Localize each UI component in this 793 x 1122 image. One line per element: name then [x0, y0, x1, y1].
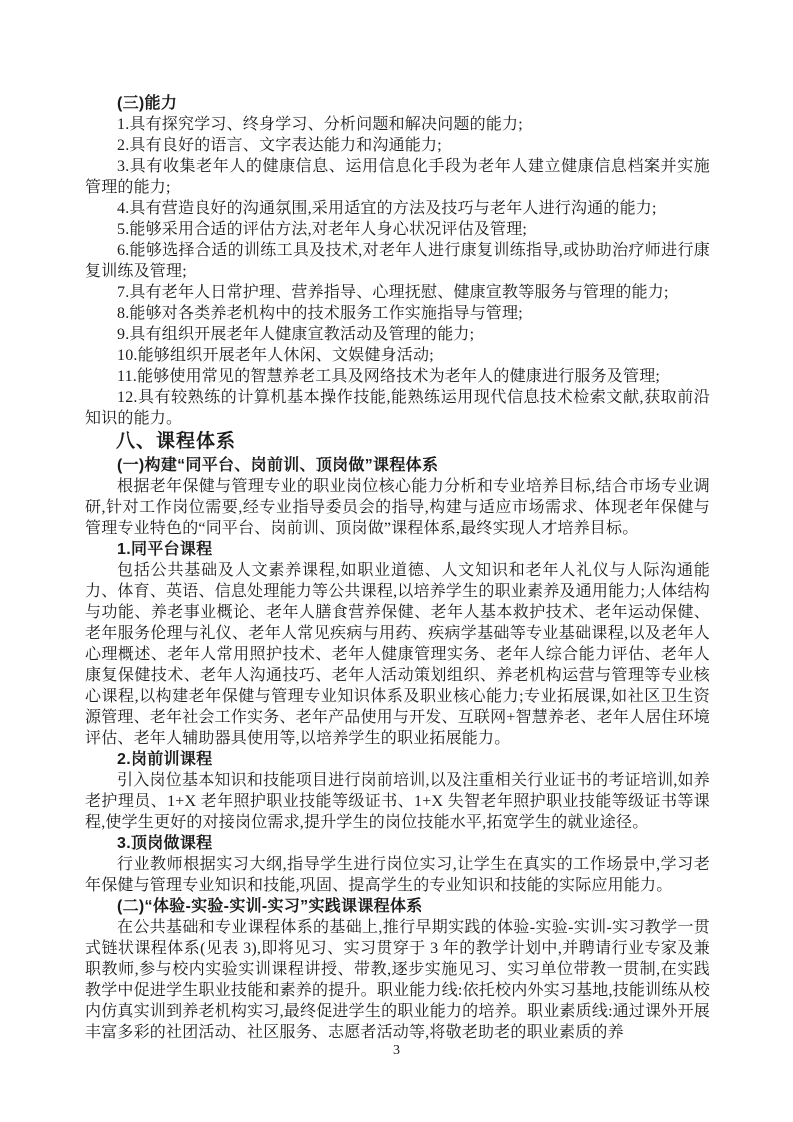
list-item: 3.具有收集老年人的健康信息、运用信息化手段为老年人建立健康信息档案并实施管理的…: [85, 156, 710, 198]
subsection-heading: 2.岗前训课程: [85, 749, 710, 770]
paragraph: 在公共基础和专业课程体系的基础上,推行早期实践的体验-实验-实训-实习教学一贯式…: [85, 917, 710, 1043]
list-item: 9.具有组织开展老年人健康宣教活动及管理的能力;: [85, 324, 710, 345]
subsection-heading: 3.顶岗做课程: [85, 833, 710, 854]
document-body: (三)能力1.具有探究学习、终身学习、分析问题和解决问题的能力;2.具有良好的语…: [85, 93, 710, 1043]
list-item: 7.具有老年人日常护理、营养指导、心理抚慰、健康宣教等服务与管理的能力;: [85, 282, 710, 303]
list-item: 11.能够使用常见的智慧养老工具及网络技术为老年人的健康进行服务及管理;: [85, 366, 710, 387]
list-item: 8.能够对各类养老机构中的技术服务工作实施指导与管理;: [85, 303, 710, 324]
document-page: (三)能力1.具有探究学习、终身学习、分析问题和解决问题的能力;2.具有良好的语…: [0, 0, 793, 1122]
section-heading: (二)“体验-实验-实训-实习”实践课课程体系: [85, 896, 710, 917]
list-item: 12.具有较熟练的计算机基本操作技能,能熟练运用现代信息技术检索文献,获取前沿知…: [85, 387, 710, 429]
paragraph: 根据老年保健与管理专业的职业岗位核心能力分析和专业培养目标,结合市场专业调研,针…: [85, 476, 710, 539]
list-item: 6.能够选择合适的训练工具及技术,对老年人进行康复训练指导,或协助治疗师进行康复…: [85, 240, 710, 282]
paragraph: 引入岗位基本知识和技能项目进行岗前培训,以及注重相关行业证书的考证培训,如养老护…: [85, 770, 710, 833]
page-number: 3: [0, 1042, 793, 1060]
list-item: 4.具有营造良好的沟通氛围,采用适宜的方法及技巧与老年人进行沟通的能力;: [85, 198, 710, 219]
list-item: 2.具有良好的语言、文字表达能力和沟通能力;: [85, 135, 710, 156]
subsection-heading: 1.同平台课程: [85, 539, 710, 560]
paragraph: 行业教师根据实习大纲,指导学生进行岗位实习,让学生在真实的工作场景中,学习老年保…: [85, 854, 710, 896]
list-item: 5.能够采用合适的评估方法,对老年人身心状况评估及管理;: [85, 219, 710, 240]
chapter-heading: 八、课程体系: [85, 429, 710, 455]
list-item: 10.能够组织开展老年人休闲、文娱健身活动;: [85, 345, 710, 366]
list-item: 1.具有探究学习、终身学习、分析问题和解决问题的能力;: [85, 114, 710, 135]
section-heading: (一)构建“同平台、岗前训、顶岗做”课程体系: [85, 455, 710, 476]
paragraph: 包括公共基础及人文素养课程,如职业道德、人文知识和老年人礼仪与人际沟通能力、体育…: [85, 560, 710, 749]
section-heading: (三)能力: [85, 93, 710, 114]
